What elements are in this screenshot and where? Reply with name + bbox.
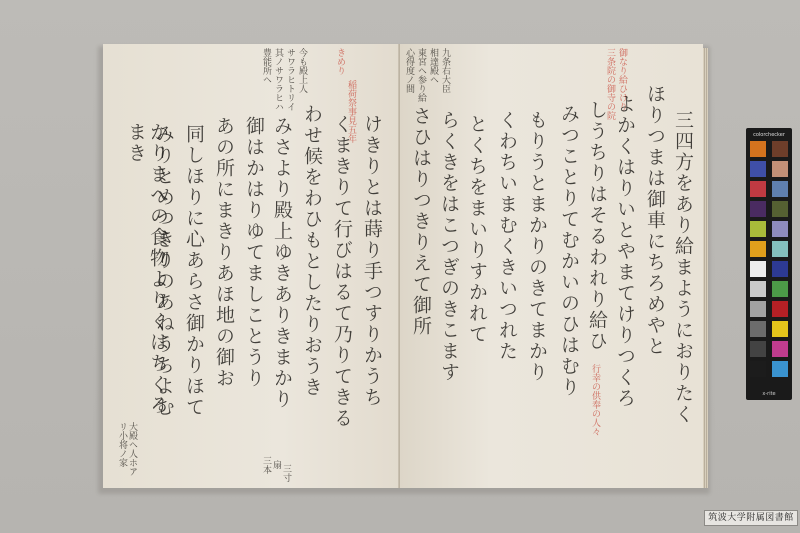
- right-text-column-4: くわちいまむくきいつれた: [496, 110, 518, 430]
- swatch: [750, 301, 766, 317]
- left-margin-note: 大殿ヘ人ホアリ小将ノ家: [117, 422, 137, 482]
- page-stack-edge: [703, 48, 708, 488]
- swatch: [750, 201, 766, 217]
- swatch: [750, 341, 766, 357]
- swatch: [750, 241, 766, 257]
- left-header-note-3: 其ノサワラヒハ: [273, 48, 283, 111]
- right-text-column-10: 三四方をあり給まようにおりたく: [672, 110, 694, 440]
- left-red-note-1: きめり: [335, 48, 345, 75]
- color-checker: colorchecker x-rite: [746, 128, 792, 400]
- swatch: [750, 141, 766, 157]
- color-checker-footer: x-rite: [746, 391, 792, 397]
- swatch: [772, 281, 788, 297]
- left-text-column-5: 御はかはりゆてましことうり: [243, 116, 265, 436]
- right-text-column-7: しうちりはそるわれり給ひ: [586, 100, 608, 430]
- swatch: [772, 141, 788, 157]
- open-manuscript: 豊能所ヘ 其ノサワラヒハ サワラヒトリイ 今も殿上人 きめり 稲荷祭事見五年 か…: [100, 44, 708, 492]
- left-header-note-2: サワラヒトリイ: [285, 48, 295, 111]
- left-bottom-note-1: 三本: [261, 456, 271, 474]
- right-header-note-4: 心得度ノ間: [404, 48, 414, 93]
- swatch: [772, 201, 788, 217]
- right-header-note-1: 九条右大臣: [440, 48, 450, 93]
- right-text-column-6: みつことりてむかいのひはむり: [558, 104, 580, 424]
- left-text-column-9: けきりとは蒔り手つすりかうち: [361, 114, 383, 444]
- swatch: [750, 321, 766, 337]
- left-text-column-6: みさより殿上ゆきありきまかり: [271, 116, 293, 436]
- left-bottom-note-2: 扇: [271, 460, 281, 469]
- swatch: [772, 221, 788, 237]
- right-page: 心得度ノ間 東宮ヘ参り給 相達殿ヘ 九条右大臣 三条院の御寺の院 御なり給ひけり…: [400, 44, 703, 488]
- library-stamp: 筑波大学附属図書館: [704, 510, 798, 526]
- swatch: [772, 341, 788, 357]
- color-checker-swatches: [750, 141, 788, 377]
- swatch: [772, 361, 788, 377]
- left-page: 豊能所ヘ 其ノサワラヒハ サワラヒトリイ 今も殿上人 きめり 稲荷祭事見五年 か…: [103, 44, 400, 488]
- swatch: [772, 161, 788, 177]
- swatch: [772, 241, 788, 257]
- right-text-column-8: よかくはりいとやまてけりつくろ: [614, 94, 636, 424]
- left-text-column-4: あの所にまきりあほ地の御お: [213, 116, 235, 416]
- swatch: [772, 261, 788, 277]
- right-header-note-2: 相達殿ヘ: [428, 48, 438, 84]
- swatch: [750, 181, 766, 197]
- left-text-column-8: くまきりて行びはるて乃りてきる: [331, 114, 353, 444]
- right-text-column-5: もりうとまかりのきてまかり: [526, 110, 548, 430]
- swatch: [750, 261, 766, 277]
- left-header-note-1: 今も殿上人: [297, 48, 307, 93]
- left-text-column-7: わせ候をわひもとしたりおうき: [301, 104, 323, 434]
- swatch: [750, 361, 766, 377]
- swatch: [772, 321, 788, 337]
- right-text-column-2: らくきをはこつぎのきこます: [438, 110, 460, 440]
- swatch: [750, 161, 766, 177]
- left-text-column-2: みりとめつきりのあねうちよむ: [153, 124, 175, 424]
- right-header-note-3: 東宮ヘ参り給: [416, 48, 426, 102]
- left-text-column-3: 同しほりに心あらさ御かりほて: [183, 124, 205, 424]
- right-text-column-1: さひはりつきりえて御所: [410, 106, 432, 436]
- swatch: [750, 281, 766, 297]
- right-text-column-3: とくちをまいりすかれて: [466, 114, 488, 434]
- left-header-note-4: 豊能所ヘ: [261, 48, 271, 84]
- right-text-column-9: ほりつまは御車にちろめやと: [644, 84, 666, 424]
- color-checker-brand: colorchecker: [746, 132, 792, 138]
- swatch: [750, 221, 766, 237]
- left-bottom-note-3: 三寸: [281, 464, 291, 482]
- swatch: [772, 301, 788, 317]
- swatch: [772, 181, 788, 197]
